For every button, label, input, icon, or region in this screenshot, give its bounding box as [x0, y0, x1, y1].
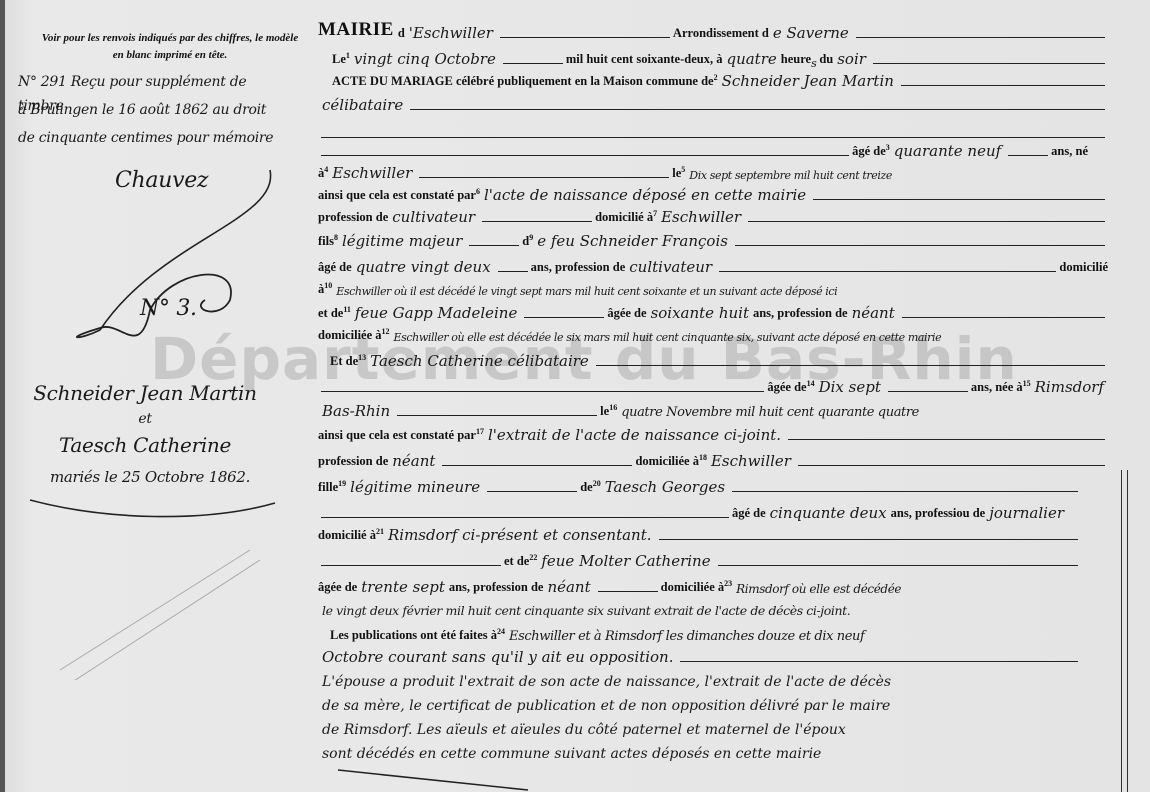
margin-bracket-rule [1121, 470, 1128, 792]
margin-note-line-3: de cinquante centimes pour mémoire [18, 126, 288, 150]
margin-note-line-2: à Brulingen le 16 août 1862 au droit [18, 98, 288, 122]
flourish-icon [40, 160, 280, 360]
bride-legitimacy: légitime mineure [346, 478, 484, 498]
margin-spouse-2: Taesch Catherine [20, 426, 270, 464]
blank-line [888, 391, 968, 392]
ref-number: 17 [476, 427, 484, 436]
margin-strike-lines [50, 540, 270, 680]
ref-number: 19 [338, 479, 346, 488]
arrondissement-value: e Saverne [769, 24, 853, 44]
ref-number: 23 [724, 579, 732, 588]
domicile-label: domiciliée à [635, 454, 699, 468]
blank-line [596, 365, 1105, 366]
row-bride-mother: et de22 feue Molter Catherine [318, 544, 1108, 572]
ref-number: 18 [699, 453, 707, 462]
ref-number: 14 [807, 379, 815, 388]
blank-line [487, 491, 577, 492]
domicile-label: domicilié à [595, 210, 653, 224]
bride-name: Taesch Catherine célibataire [366, 352, 593, 372]
ref-number: 12 [382, 327, 390, 336]
ref-number: 10 [324, 281, 332, 290]
groom-legitimacy: légitime majeur [338, 232, 466, 252]
page-binding-edge [0, 0, 5, 792]
ref-number: 21 [376, 527, 384, 536]
ref-number: 20 [593, 479, 601, 488]
of-label: de [580, 480, 593, 494]
margin-marriage-date: mariés le 25 Octobre 1862. [20, 468, 280, 486]
margin-spouse-1: Schneider Jean Martin [20, 374, 270, 412]
printed-margin-note: Voir pour les renvois indiqués par des c… [40, 30, 300, 64]
blank-line [321, 565, 501, 566]
row-bride-proof: ainsi que cela est constaté par17 l'extr… [318, 418, 1108, 446]
blank-line [397, 415, 597, 416]
domicile-label: domicilié à [318, 528, 376, 542]
blank-line [732, 491, 1078, 492]
acte-label: ACTE DU MARIAGE célébré publiquement en … [332, 74, 714, 88]
bride-father-domicile: Rimsdorf ci-présent et consentant. [384, 526, 656, 546]
bride-profession: néant [388, 452, 439, 472]
age-label: âgée de [767, 380, 806, 394]
blank-line [659, 539, 1079, 540]
row-mairie: MAIRIE d 'Eschwiller Arrondissement d e … [318, 16, 1108, 44]
blank-line [901, 85, 1105, 86]
register-page: Voir pour les renvois indiqués par des c… [0, 0, 1150, 792]
remarks-line-4: sont décédés en cette commune suivant ac… [318, 746, 825, 764]
daughter-label: fille [318, 480, 338, 494]
domicile-label: domiciliée à [318, 328, 382, 342]
row-groom-father: fils8 légitime majeur d9 e feu Schneider… [318, 224, 1108, 252]
blank-line [856, 37, 1105, 38]
mairie-label: MAIRIE [318, 19, 394, 44]
le-label: le [600, 404, 609, 418]
bride-mother-name: feue Molter Catherine [537, 552, 714, 572]
blank-line [798, 465, 1105, 466]
blank-line [735, 245, 1105, 246]
row-bride-father: fille19 légitime mineure de20 Taesch Geo… [318, 470, 1108, 498]
blank-line [748, 221, 1105, 222]
blank-line [500, 37, 670, 38]
margin-conjunction: et [20, 412, 270, 426]
row-bride-mother-death: le vingt deux février mil huit cent cinq… [318, 592, 1108, 620]
blank-line [469, 245, 519, 246]
ref-number: 15 [1023, 379, 1031, 388]
row-bride-profession: profession de néant domiciliée à18 Eschw… [318, 444, 1108, 472]
bride-father-name: Taesch Georges [601, 478, 729, 498]
margin-spouse-names: Schneider Jean Martin et Taesch Catherin… [20, 374, 270, 464]
blank-line [718, 565, 1078, 566]
blank-line [482, 221, 592, 222]
ref-number: 11 [343, 305, 351, 314]
groom-status: célibataire [318, 96, 407, 116]
groom-father-name: e feu Schneider François [533, 232, 732, 252]
ref-number: 22 [529, 553, 537, 562]
marriage-record-form: MAIRIE d 'Eschwiller Arrondissement d e … [318, 0, 1108, 792]
row-bride: Et de13 Taesch Catherine célibataire [318, 344, 1108, 372]
son-label: fils [318, 234, 334, 248]
ref-number: 24 [497, 627, 505, 636]
blank-line [442, 465, 632, 466]
ref-number: 13 [358, 353, 366, 362]
blank-line [788, 439, 1105, 440]
and-of-label: et de [504, 554, 529, 568]
ref-number: 16 [609, 403, 617, 412]
closing-stroke [338, 768, 538, 792]
row-groom-status: célibataire [318, 88, 1108, 116]
mairie-value: 'Eschwiller [405, 24, 497, 44]
proof-label: ainsi que cela est constaté par [318, 428, 476, 442]
blank-line [321, 391, 764, 392]
row-bride-father-domicile: domicilié à21 Rimsdorf ci-présent et con… [318, 518, 1108, 546]
bride-domicile: Eschwiller [707, 452, 795, 472]
born-label: ans, née à [971, 380, 1023, 394]
blank-line [410, 109, 1105, 110]
and-of-label: Et de [330, 354, 358, 368]
row-groom-mother-death: domiciliée à12 Eschwiller où elle est dé… [318, 318, 1108, 346]
row-remarks-4: sont décédés en cette commune suivant ac… [318, 736, 1108, 764]
underline-flourish-icon [25, 495, 285, 525]
bride-proof: l'extrait de l'acte de naissance ci-join… [484, 426, 785, 446]
entry-number: N° 3. [140, 296, 197, 321]
blank-line [680, 661, 1078, 662]
